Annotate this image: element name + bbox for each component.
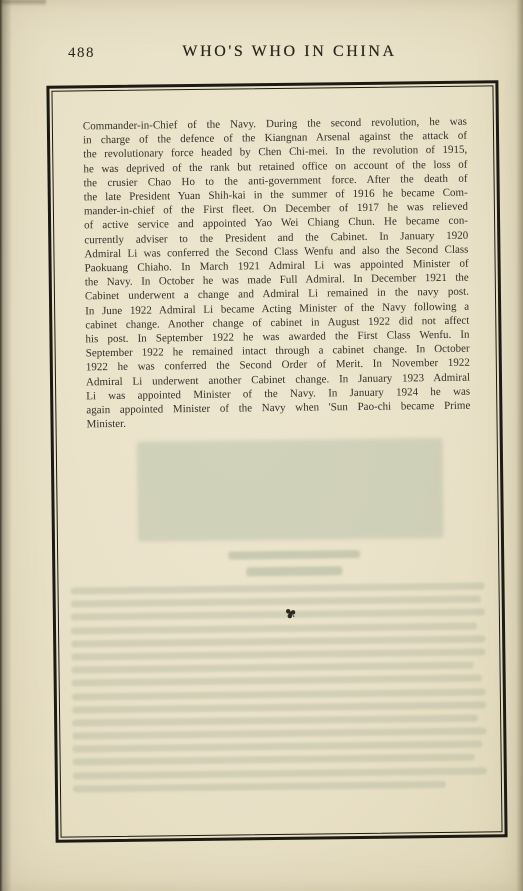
- show-through-caption-chinese: [246, 566, 342, 576]
- scan-corner-smudge: [0, 0, 46, 6]
- show-through-photo: [137, 438, 444, 542]
- show-through-text: [71, 582, 488, 798]
- book-title: WHO'S WHO IN CHINA: [182, 43, 396, 61]
- show-through-caption: [228, 550, 360, 560]
- entry-paragraph: Commander-in-Chief of the Navy. During t…: [83, 115, 471, 432]
- double-rule-frame: Commander-in-Chief of the Navy. During t…: [46, 80, 507, 842]
- inner-rule: Commander-in-Chief of the Navy. During t…: [51, 85, 502, 837]
- scanned-book-page: 488 WHO'S WHO IN CHINA Commander-in-Chie…: [0, 0, 523, 891]
- binding-shadow: [0, 0, 12, 891]
- page-number: 488: [68, 45, 95, 62]
- running-header: 488 WHO'S WHO IN CHINA: [0, 43, 523, 65]
- page-edge-shadow: [516, 0, 523, 891]
